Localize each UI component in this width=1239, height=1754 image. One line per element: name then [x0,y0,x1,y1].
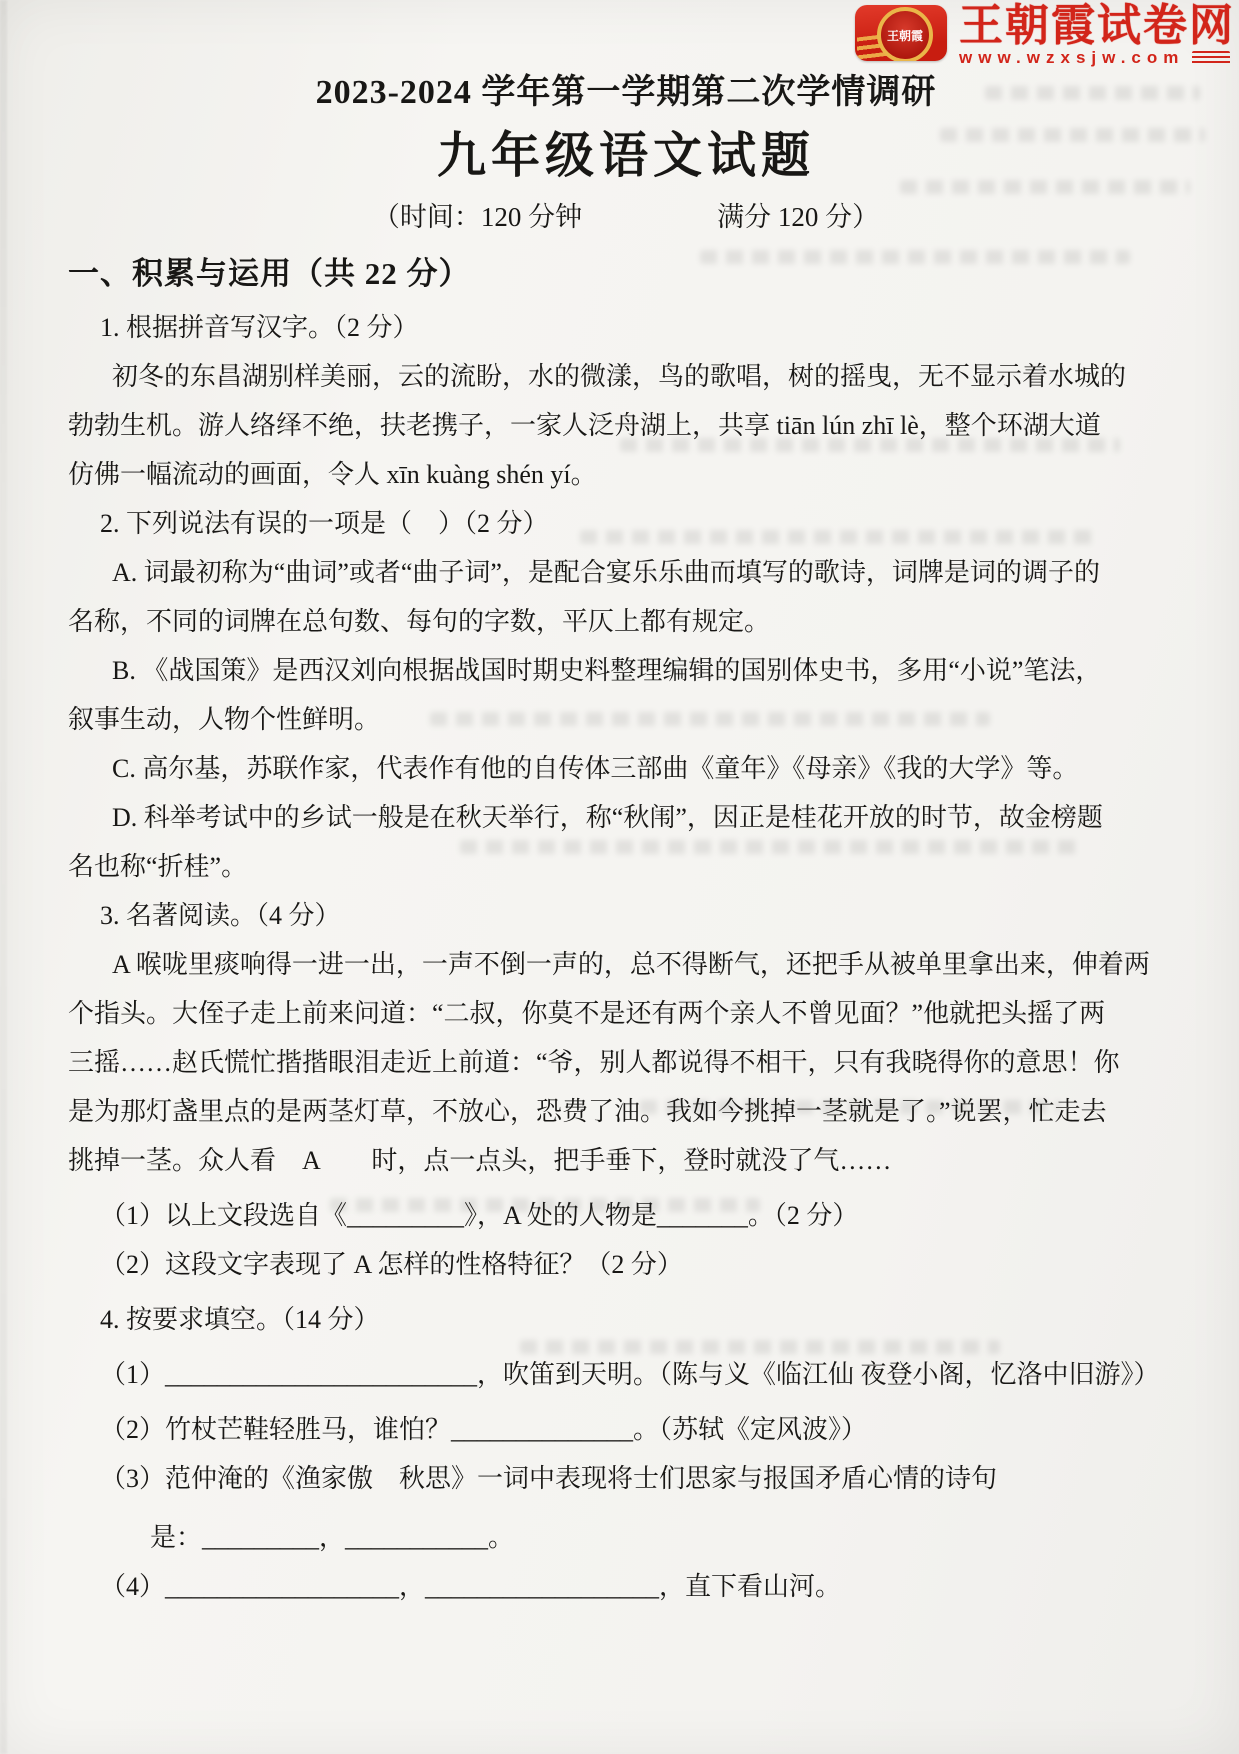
exam-title: 九年级语文试题 [68,117,1184,187]
q2-option-b-line: B. 《战国策》是西汉刘向根据战国时期史料整理编辑的国别体史书，多用“小说”笔法… [68,646,1184,695]
q2-option-d-line: D. 科举考试中的乡试一般是在秋天举行，称“秋闱”，因正是桂花开放的时节，故金榜… [68,793,1184,842]
q1-passage-line: 勃勃生机。游人络绎不绝，扶老携子，一家人泛舟湖上，共享 tiān lún zhī… [68,401,1184,450]
q2-option-c-line: C. 高尔基，苏联作家，代表作有他的自传体三部曲《童年》《母亲》《我的大学》等。 [68,744,1184,793]
q2-option-a-line: A. 词最初称为“曲词”或者“曲子词”，是配合宴乐乐曲而填写的歌诗，词牌是词的调… [68,548,1184,597]
q4-item-1: （1）________________________，吹笛到天明。（陈与义《临… [68,1350,1184,1399]
q1-passage-line: 初冬的东昌湖别样美丽，云的流盼，水的微漾，鸟的歌唱，树的摇曳，无不显示着水城的 [68,352,1184,401]
scanned-exam-page: 王朝霞 王朝霞试卷网 www.wzxsjw.com 2023-2024 学年第一… [0,0,1239,1754]
exam-content: 2023-2024 学年第一学期第二次学情调研 九年级语文试题 （时间：120 … [68,0,1184,1611]
q4-item-3-line: （3）范仲淹的《渔家傲 秋思》一词中表现将士们思家与报国矛盾心情的诗句 [68,1454,1184,1503]
q4-item-3-line: 是：_________，___________。 [68,1513,1184,1562]
q3-prompt: 3. 名著阅读。（4 分） [68,891,1184,940]
wave-decoration-icon [1192,51,1230,66]
q4-prompt: 4. 按要求填空。（14 分） [68,1295,1184,1344]
q3-passage-line: 挑掉一茎。众人看 A 时，点一点头，把手垂下，登时就没了气…… [68,1136,1184,1185]
scan-edge-shadow [0,0,7,1754]
q3-passage-line: 三摇……赵氏慌忙揩揩眼泪走近上前道：“爷，别人都说得不相干，只有我晓得你的意思！… [68,1038,1184,1087]
q1-prompt: 1. 根据拼音写汉字。（2 分） [68,303,1184,352]
q2-option-a-line: 名称，不同的词牌在总句数、每句的字数，平仄上都有规定。 [68,597,1184,646]
section-1-heading: 一、积累与运用（共 22 分） [68,248,1184,293]
exam-time-score: （时间：120 分钟 满分 120 分） [68,195,1184,234]
q2-prompt: 2. 下列说法有误的一项是（ ）（2 分） [68,499,1184,548]
q1-passage-line: 仿佛一幅流动的画面，令人 xīn kuàng shén yí。 [68,450,1184,499]
q3-passage-line: 个指头。大侄子走上前来问道：“二叔，你莫不是还有两个亲人不曾见面？”他就把头摇了… [68,989,1184,1038]
exam-session-title: 2023-2024 学年第一学期第二次学情调研 [68,64,1184,113]
q4-item-2: （2）竹杖芒鞋轻胜马，谁怕？______________。（苏轼《定风波》） [68,1405,1184,1454]
q3-passage-line: A 喉咙里痰响得一进一出，一声不倒一声的，总不得断气，还把手从被单里拿出来，伸着… [68,940,1184,989]
q3-sub-question-1: （1）以上文段选自《_________》，A 处的人物是_______。（2 分… [68,1191,1184,1240]
q2-option-b-line: 叙事生动，人物个性鲜明。 [68,695,1184,744]
q3-sub-question-2: （2）这段文字表现了 A 怎样的性格特征？（2 分） [68,1240,1184,1289]
q2-option-d-line: 名也称“折桂”。 [68,842,1184,891]
q4-item-4: （4）__________________，__________________… [68,1562,1184,1611]
q3-passage-line: 是为那灯盏里点的是两茎灯草，不放心，恐费了油。我如今挑掉一茎就是了。”说罢，忙走… [68,1087,1184,1136]
